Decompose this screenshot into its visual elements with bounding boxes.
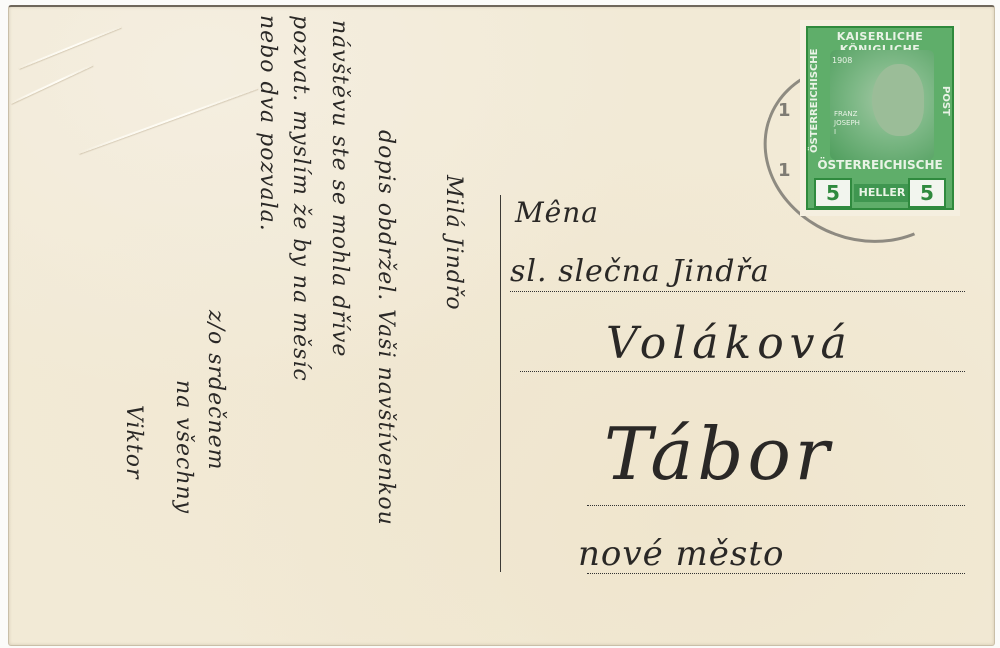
message-line: návštěvu ste se mohla dříve	[327, 20, 352, 357]
address-dotted-line	[587, 573, 965, 574]
message-line: nebo dva pozvala.	[255, 15, 280, 232]
address-dotted-line	[587, 505, 965, 506]
address-line-3: Voláková	[606, 318, 853, 369]
card-divider	[500, 195, 501, 572]
address-line-4: Tábor	[604, 412, 833, 496]
message-closing: z/o srdečnem	[203, 310, 228, 471]
card-crease	[19, 26, 122, 69]
card-crease	[11, 64, 93, 104]
address-dotted-line	[520, 371, 965, 372]
postage-stamp: KAISERLICHE KÖNIGLICHE ÖSTERREICHISCHE P…	[800, 20, 960, 216]
address-line-5: nové město	[578, 534, 784, 574]
address-line-2: sl. slečna Jindřa	[510, 254, 770, 289]
postmark-fragment: 1	[778, 160, 791, 181]
message-line: dopis obdržel. Vaši navštívenkou	[373, 130, 398, 526]
card-crease	[79, 87, 258, 154]
message-signature: Viktor	[121, 405, 146, 479]
address-dotted-line	[510, 291, 965, 292]
address-line-1: Mêna	[515, 196, 599, 229]
message-closing: na všechny	[171, 380, 196, 514]
stamp-perforation	[800, 20, 960, 216]
message-greeting: Milá Jindřo	[441, 175, 466, 311]
postmark-fragment: 1	[778, 100, 791, 121]
message-line: pozvat. myslím že by na měsíc	[288, 15, 313, 382]
